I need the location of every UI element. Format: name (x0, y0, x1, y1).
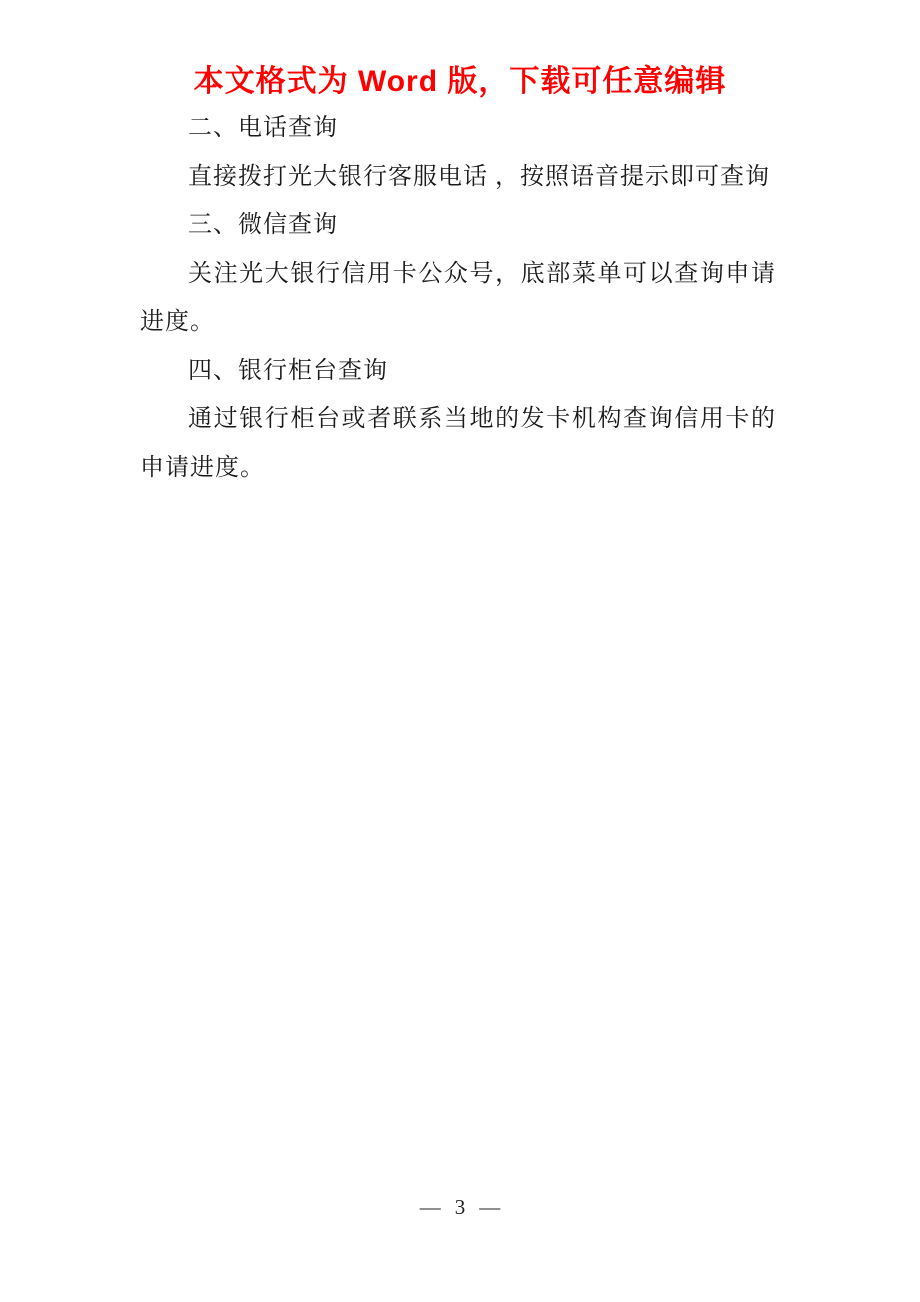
edit-notice-header: 本文格式为 Word 版，下载可任意编辑 (0, 62, 920, 102)
paragraph: 四、银行柜台查询 (140, 347, 776, 396)
footer-dash-right: — (479, 1193, 500, 1221)
paragraph: 三、微信查询 (140, 201, 776, 250)
footer-dash-left: — (420, 1193, 441, 1221)
page-number: 3 (455, 1195, 466, 1219)
paragraph: 二、电话查询 (140, 104, 776, 153)
paragraph: 关注光大银行信用卡公众号，底部菜单可以查询申请进度。 (140, 250, 776, 347)
paragraph: 通过银行柜台或者联系当地的发卡机构查询信用卡的申请进度。 (140, 395, 776, 492)
document-page: 本文格式为 Word 版，下载可任意编辑 二、电话查询直接拨打光大银行客服电话 … (0, 0, 920, 1302)
document-body: 二、电话查询直接拨打光大银行客服电话 ，按照语音提示即可查询三、微信查询关注光大… (140, 104, 776, 492)
page-footer: —3— (0, 1193, 920, 1221)
paragraph: 直接拨打光大银行客服电话 ，按照语音提示即可查询 (140, 153, 776, 202)
